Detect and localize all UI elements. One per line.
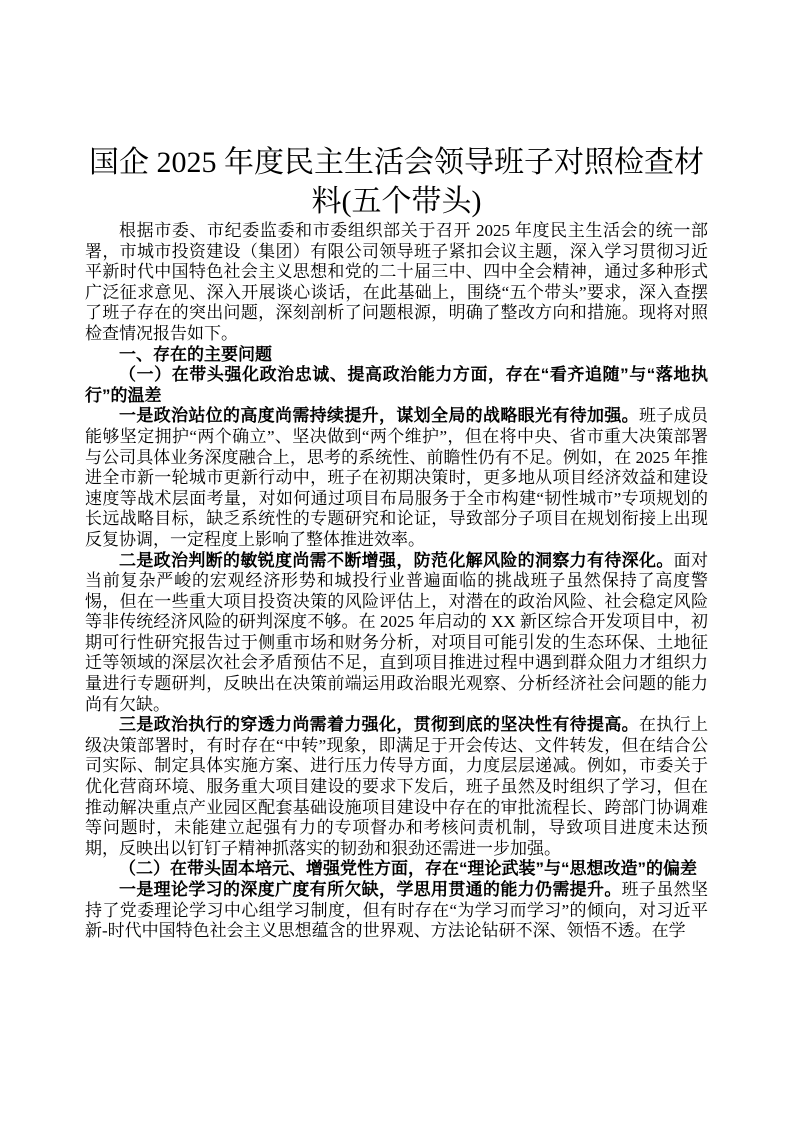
document-page: 国企 2025 年度民主生活会领导班子对照检查材料(五个带头) 根据市委、市纪委… [0,0,793,1121]
finding-paragraph: 三是政治执行的穿透力尚需着力强化，贯彻到底的坚决性有待提高。在执行上级决策部署时… [85,715,708,859]
finding-text: 面对当前复杂严峻的宏观经济形势和城投行业普遍面临的挑战班子虽然保持了高度警惕，但… [85,551,708,714]
finding-text: 班子成员能够坚定拥护“两个确立”、坚决做到“两个维护”，但在将中央、省市重大决策… [85,406,708,549]
finding-text: 在执行上级决策部署时，有时存在“中转”现象，即满足于开会传达、文件转发，但在结合… [85,715,708,858]
subsection-heading-1: （一）在带头强化政治忠诚、提高政治能力方面，存在“看齐追随”与“落地执行”的温差 [85,365,708,406]
finding-paragraph: 一是理论学习的深度广度有所欠缺，学思用贯通的能力仍需提升。班子虽然坚持了党委理论… [85,880,708,942]
intro-paragraph: 根据市委、市纪委监委和市委组织部关于召开 2025 年度民主生活会的统一部署，市… [85,221,708,345]
finding-lead: 一是政治站位的高度尚需持续提升，谋划全局的战略眼光有待加强。 [119,406,639,425]
finding-lead: 一是理论学习的深度广度有所欠缺，学思用贯通的能力仍需提升。 [119,880,622,899]
finding-lead: 三是政治执行的穿透力尚需着力强化，贯彻到底的坚决性有待提高。 [119,715,639,734]
section-heading-1: 一、存在的主要问题 [85,345,708,366]
document-title: 国企 2025 年度民主生活会领导班子对照检查材料(五个带头) [85,143,708,221]
finding-paragraph: 一是政治站位的高度尚需持续提升，谋划全局的战略眼光有待加强。班子成员能够坚定拥护… [85,406,708,550]
finding-lead: 二是政治判断的敏锐度尚需不断增强，防范化解风险的洞察力有待深化。 [119,551,674,570]
subsection-heading-2: （二）在带头固本培元、增强党性方面，存在“理论武装”与“思想改造”的偏差 [85,859,708,880]
finding-paragraph: 二是政治判断的敏锐度尚需不断增强，防范化解风险的洞察力有待深化。面对当前复杂严峻… [85,551,708,716]
